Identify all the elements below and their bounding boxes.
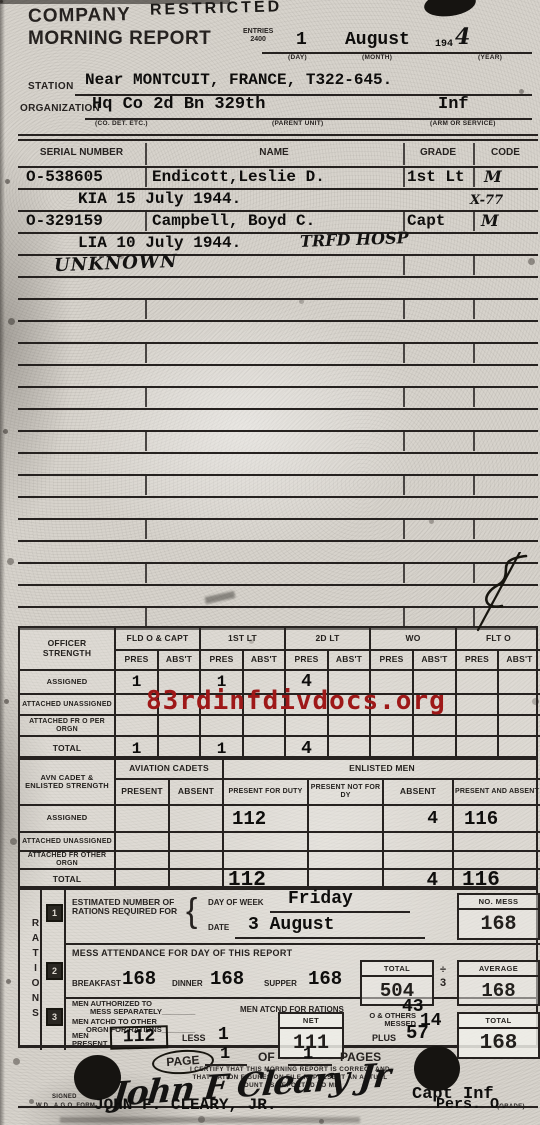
roster-note-row: KIA 15 July 1944. X-77 [18, 188, 538, 212]
organization-value: Hq Co 2d Bn 329th [92, 96, 265, 113]
date-underline2 [235, 937, 425, 939]
officer-total-fldo-pres: 1 [114, 735, 157, 760]
roster-blank-row [18, 386, 538, 410]
enlisted-strength-title: AVN CADET & ENLISTED STRENGTH [20, 760, 114, 804]
roster-blank-row [18, 562, 538, 586]
roster-blank-row [18, 298, 538, 322]
cadet-col-absent: ABSENT [168, 778, 222, 804]
enlisted-col-pa: PRESENT AND ABSENT [452, 778, 540, 804]
org-sub-label-3: (ARM OR SERVICE) [430, 121, 496, 128]
divide-by-three: ÷ 3 [440, 964, 446, 990]
entry3-hand-unknown: UNKNOWN [54, 253, 178, 275]
brace-glyph: { [186, 892, 197, 931]
roster-blank-row [18, 408, 538, 432]
form-title-company: COMPANY [28, 5, 131, 27]
plus-label: PLUS [372, 1034, 396, 1043]
roster-entry-row: O-329159 Campbell, Boyd C. Capt M [18, 210, 538, 234]
roster-blank-row [18, 584, 538, 608]
officer-sub-abst: ABS'T [242, 649, 284, 669]
roster-header-row: SERIAL NUMBER NAME GRADE CODE [18, 142, 538, 168]
roster-blank-row [18, 452, 538, 476]
dinner-value: 168 [210, 970, 244, 989]
rations-date-value: 3 August [248, 916, 334, 934]
enlisted-total-pfd: 112 [222, 868, 307, 890]
roster-col-serial: SERIAL NUMBER [18, 148, 145, 159]
rations-item-strip: 1 2 3 [42, 890, 66, 1050]
mess-total-label: TOTAL [362, 962, 432, 977]
scan-edge-left [0, 0, 5, 1125]
organization-arm-value: Inf [438, 96, 469, 113]
rations-item1-box: 1 [46, 904, 63, 922]
entry2-note-hand: TRFD HOSP [300, 230, 409, 250]
average-box: AVERAGE 168 [457, 960, 540, 1006]
entry1-code-hand: M [484, 169, 502, 185]
estimated-rations-label: ESTIMATED NUMBER OF RATIONS REQUIRED FOR [72, 898, 177, 916]
ink-blot-top-right [423, 0, 478, 20]
officer-total-1stlt-pres: 1 [199, 735, 242, 760]
roster-blank-row [18, 364, 538, 388]
date-month-value: August [345, 31, 410, 49]
rations-item3-box: 3 [46, 1008, 63, 1026]
roster-blank-row [18, 540, 538, 564]
entry1-grade: 1st Lt [407, 169, 465, 185]
entry2-grade: Capt [407, 213, 445, 229]
officer-sub-pres: PRES [455, 649, 497, 669]
entry2-code-hand: M [481, 213, 499, 229]
cadet-col-present: PRESENT [114, 778, 168, 804]
enlisted-row3-label: ATTACHED FR OTHER ORGN [20, 850, 114, 868]
date-label: DATE [208, 924, 229, 932]
rations-section: RATIONS 1 2 3 ESTIMATED NUMBER OF RATION… [18, 888, 538, 1048]
year-sub-label: (YEAR) [478, 55, 502, 62]
enlisted-strength-table: AVN CADET & ENLISTED STRENGTH AVIATION C… [18, 758, 538, 888]
officer-row1-label: ASSIGNED [20, 669, 114, 693]
auth-mess-label: MEN AUTHORIZED TO MESS SEPARATELY_______… [72, 1000, 195, 1016]
average-value: 168 [459, 977, 538, 1004]
classification-stamp: RESTRICTED [150, 0, 283, 20]
enlisted-row2-label: ATTACHED UNASSIGNED [20, 831, 114, 850]
roster-blank-row [18, 518, 538, 542]
no-mess-value: 168 [459, 910, 538, 938]
roster-col-code: CODE [473, 148, 538, 159]
supper-value: 168 [308, 970, 342, 989]
officer-sub-pres: PRES [114, 649, 157, 669]
officer-group-fldo: FLD O & CAPT [114, 628, 199, 649]
entry2-note: LIA 10 July 1944. [78, 235, 241, 251]
officer-sub-pres: PRES [199, 649, 242, 669]
month-sub-label: (MONTH) [362, 55, 392, 62]
station-value: Near MONTCUIT, FRANCE, T322-645. [85, 72, 392, 88]
website-watermark: 83rdinfdivdocs.org [146, 686, 446, 716]
officer-row2-label: ATTACHED UNASSIGNED [20, 693, 114, 714]
day-of-week-value: Friday [288, 890, 353, 908]
year-printed: 194 [435, 40, 453, 50]
pen-scribble-s [468, 552, 538, 632]
officer-sub-abst: ABS'T [412, 649, 455, 669]
roster-blank-row [18, 320, 538, 344]
less-label: LESS [182, 1034, 206, 1043]
page-number: 1 [220, 1046, 230, 1063]
entry2-name: Campbell, Boyd C. [152, 213, 315, 229]
roster-blank-row [18, 342, 538, 366]
form-title-morning-report: MORNING REPORT [28, 29, 211, 49]
of-label: OF [258, 1051, 275, 1064]
enlisted-col-pfd: PRESENT FOR DUTY [222, 778, 307, 804]
roster-note-row: LIA 10 July 1944. TRFD HOSP [18, 232, 538, 256]
entry1-note-hand: X-77 [470, 194, 503, 207]
signer-name-typed: JOHN F. CLEARY, JR. [94, 1097, 276, 1113]
no-mess-label: NO. MESS [459, 895, 538, 910]
enlisted-row1-label: ASSIGNED [20, 804, 114, 831]
mess-attendance-label: MESS ATTENDANCE FOR DAY OF THIS REPORT [72, 949, 292, 958]
breakfast-label: BREAKFAST [72, 980, 121, 988]
net-label: NET [280, 1014, 342, 1029]
rations-band-divider [66, 943, 540, 945]
entry1-serial: O-538605 [26, 169, 103, 185]
enlisted-assigned-pa: 116 [452, 804, 540, 831]
officer-group-2dlt: 2D LT [284, 628, 369, 649]
officer-row4-label: TOTAL [20, 735, 114, 760]
officer-sub-pres: PRES [369, 649, 412, 669]
enlisted-total-pa: 116 [452, 868, 540, 890]
enlisted-row4-label: TOTAL [20, 868, 114, 890]
roster-blank-row [18, 430, 538, 454]
day-underline [270, 911, 410, 913]
breakfast-value: 168 [122, 970, 156, 989]
officer-sub-abst: ABS'T [327, 649, 369, 669]
officer-sub-abst: ABS'T [157, 649, 199, 669]
roster-table: SERIAL NUMBER NAME GRADE CODE O-538605 E… [18, 134, 538, 628]
no-mess-box: NO. MESS 168 [457, 893, 540, 940]
enlisted-total-absent: 4 [382, 868, 452, 890]
enlisted-assigned-pfd: 112 [222, 804, 307, 831]
form-number-label: W.D., A.G.O. FORM [36, 1103, 95, 1109]
officer-group-wo: WO [369, 628, 455, 649]
rations-item2-box: 2 [46, 962, 63, 980]
signed-label: SIGNED [52, 1094, 77, 1100]
entry2-serial: O-329159 [26, 213, 103, 229]
roster-blank-row [18, 276, 538, 300]
org-sub-label-2: (PARENT UNIT) [272, 121, 323, 128]
men-present-label: MEN PRESENT [72, 1032, 107, 1048]
enlisted-col-absent: ABSENT [382, 778, 452, 804]
rations-side-label: RATIONS [20, 890, 42, 1050]
day-of-week-label: DAY OF WEEK [208, 899, 264, 907]
organization-label: ORGANIZATION [20, 104, 100, 115]
entry1-note: KIA 15 July 1944. [78, 191, 241, 207]
roster-double-rule [18, 139, 538, 141]
officer-sub-abst: ABS'T [497, 649, 540, 669]
roster-col-grade: GRADE [403, 148, 473, 159]
org-sub-label-1: (CO. DET. ETC.) [95, 121, 148, 128]
roster-blank-row [18, 496, 538, 520]
officer-sub-pres: PRES [284, 649, 327, 669]
officer-total-2dlt-pres: 4 [284, 735, 327, 760]
bottom-cutoff-text-smudge [60, 1117, 360, 1123]
grade-sub-label: (GRADE) [497, 1104, 525, 1110]
grand-total-value: 168 [459, 1029, 538, 1057]
date-day-value: 1 [296, 31, 307, 49]
morning-report-scan: COMPANY RESTRICTED MORNING REPORT ENTRIE… [0, 0, 540, 1125]
enlisted-assigned-absent: 4 [382, 804, 452, 831]
dinner-label: DINNER [172, 980, 203, 988]
roster-col-name: NAME [145, 148, 403, 159]
officer-group-1stlt: 1ST LT [199, 628, 284, 649]
men-present-value: 112 [123, 1027, 156, 1048]
enlisted-col-pnfd: PRESENT NOT FOR DY [307, 778, 382, 804]
station-label: STATION [28, 82, 74, 93]
punch-hole-right [414, 1046, 460, 1091]
roster-entry-row: O-538605 Endicott,Leslie D. 1st Lt M [18, 166, 538, 190]
less-value: 1 [218, 1026, 229, 1044]
entry1-name: Endicott,Leslie D. [152, 169, 325, 185]
roster-entry-row: UNKNOWN [18, 254, 538, 278]
cadet-group-header: AVIATION CADETS [114, 760, 222, 778]
officer-row3-label: ATTACHED FR O PER ORGN [20, 714, 114, 735]
grand-total-box: TOTAL 168 [457, 1012, 540, 1059]
enlisted-group-header: ENLISTED MEN [222, 760, 540, 778]
supper-label: SUPPER [264, 980, 297, 988]
officer-strength-title: OFFICER STRENGTH [20, 628, 114, 669]
grand-total-label: TOTAL [459, 1014, 538, 1029]
entries-stamp: ENTRIES 2400 [243, 28, 273, 43]
men-present-box: 112 [110, 1025, 169, 1050]
plus-value: 57 [406, 1024, 429, 1043]
roster-blank-row [18, 474, 538, 498]
day-sub-label: (DAY) [288, 55, 307, 62]
year-hand-digit: 4 [455, 26, 470, 48]
average-label: AVERAGE [459, 962, 538, 977]
